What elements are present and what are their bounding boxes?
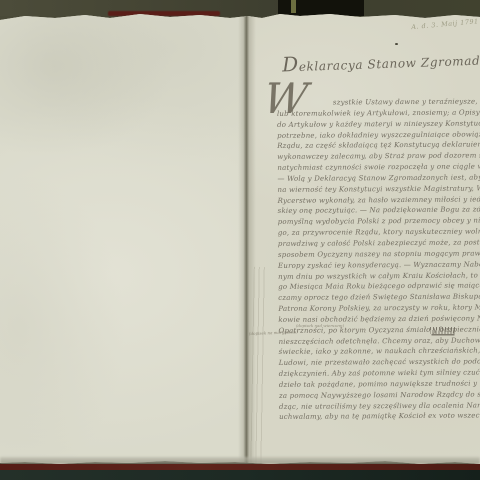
manuscript-body: szystkie Ustawy dawne y teraźnieysze, pr… (277, 97, 480, 424)
backdrop-bottom-band (0, 470, 480, 480)
manuscript-paper: A. d. 3. Maij 1791 Deklaracya Stanow Zgr… (0, 12, 480, 464)
interlinear-note: (dopisek nad wierszem) (296, 323, 344, 328)
ink-speck (395, 43, 398, 45)
paper-bottom-edge (0, 457, 480, 464)
bookmark-sliver (291, 0, 296, 13)
archival-photo: A. d. 3. Maij 1791 Deklaracya Stanow Zgr… (0, 0, 480, 480)
backdrop-top-band (0, 0, 480, 16)
manuscript-line: uchwalamy, aby na tę pamiątkę Kościoł ex… (279, 412, 480, 425)
page-title: Deklaracya Stanow Zgromadzonych (282, 43, 480, 76)
left-page-blank (0, 12, 246, 464)
strikethrough-correction (430, 327, 456, 334)
red-cover-edge-top (108, 11, 220, 16)
right-page: A. d. 3. Maij 1791 Deklaracya Stanow Zgr… (248, 12, 480, 464)
